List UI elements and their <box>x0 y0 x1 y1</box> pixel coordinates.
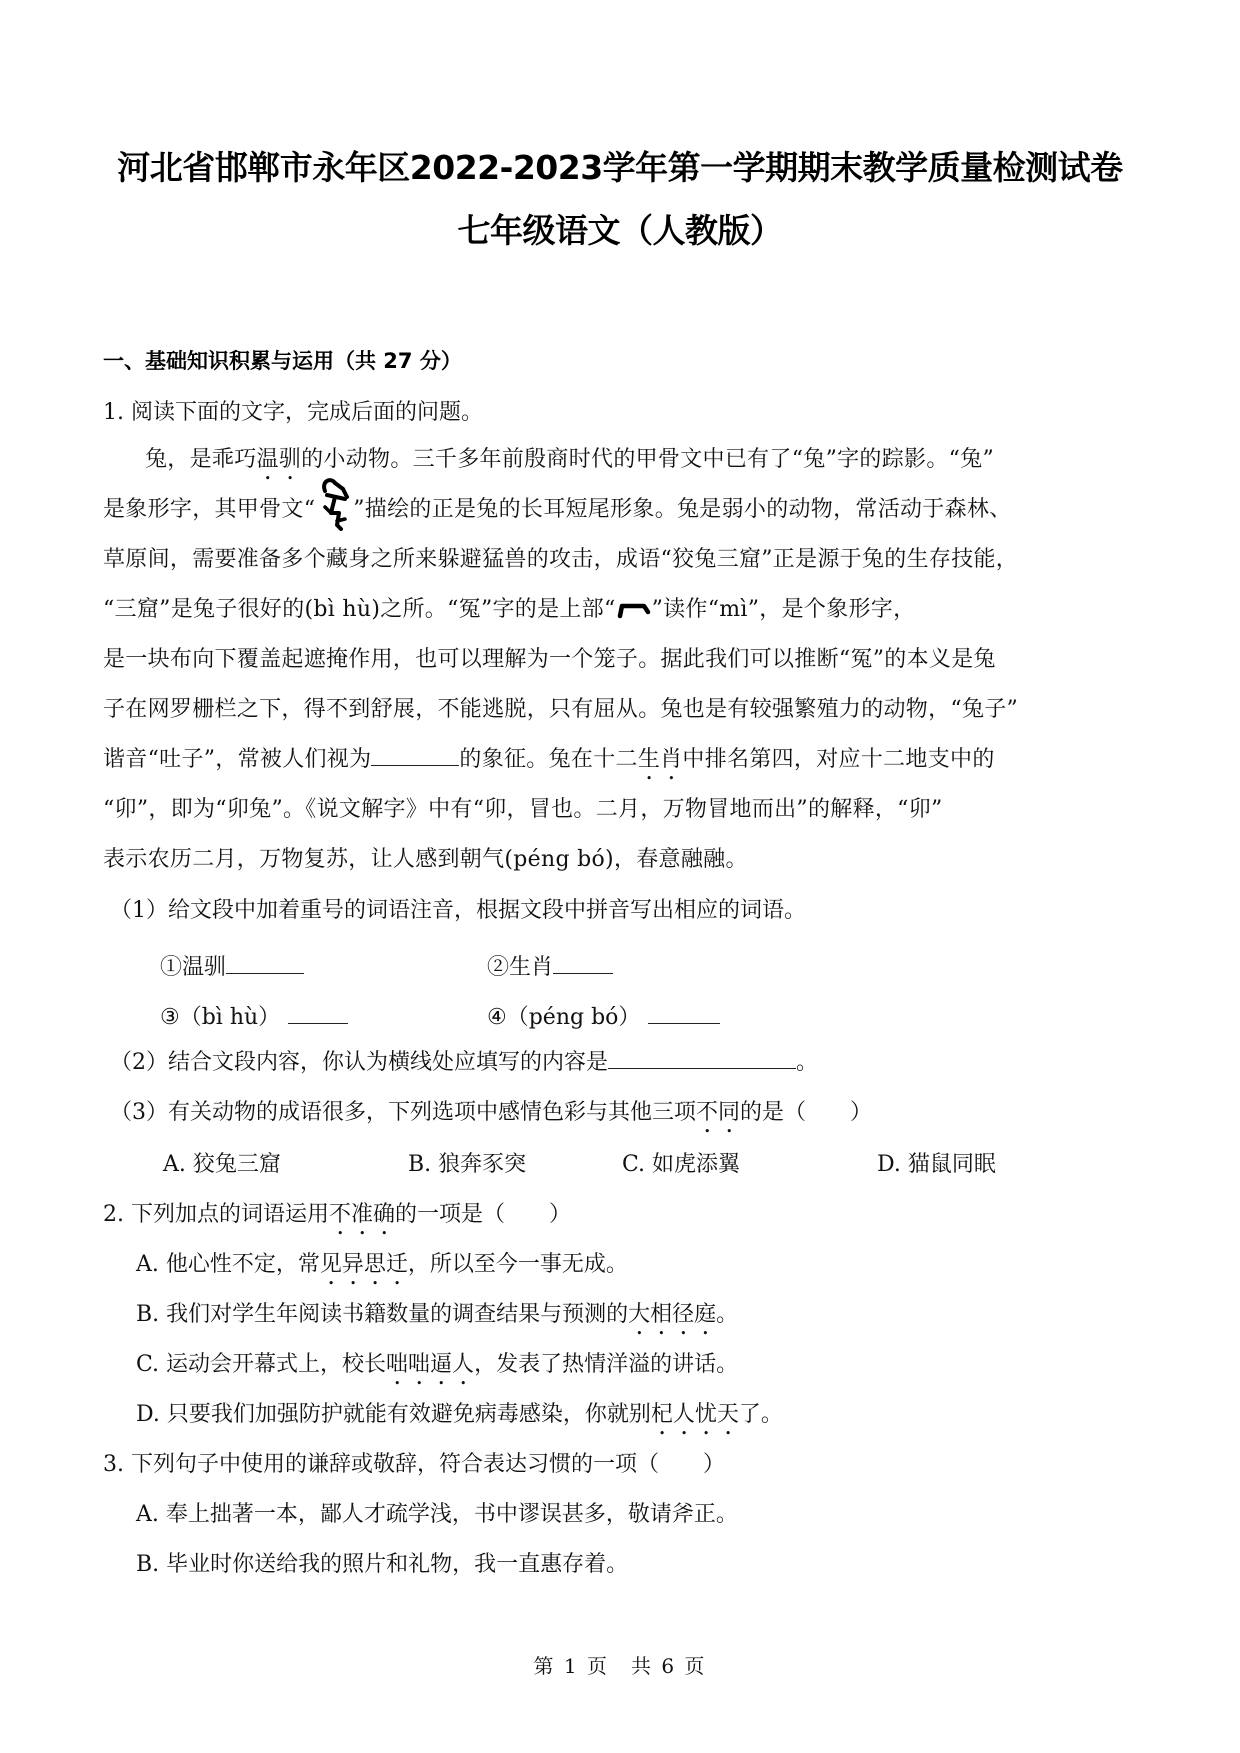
sub1-item-4: ④（péng bó） <box>487 1000 720 1031</box>
q3-option-b: B. 毕业时你送给我的照片和礼物，我一直惠存着。 <box>136 1547 628 1578</box>
emphasis-idiom-b: 大相径庭 <box>628 1302 716 1327</box>
question-2-stem: 2. 下列加点的词语运用不准确的一项是（ ） <box>103 1197 571 1240</box>
q2-option-a: A. 他心性不定，常见异思迁，所以至今一事无成。 <box>136 1247 628 1290</box>
section-heading: 一、基础知识积累与运用（共 27 分） <box>103 345 462 375</box>
answer-blank-sub2[interactable] <box>608 1046 796 1069</box>
sub-question-3-stem: （3）有关动物的成语很多，下列选项中感情色彩与其他三项不同的是（ ） <box>110 1095 872 1138</box>
passage-line-8: “卯”，即为“卯兔”。《说文解字》中有“卯，冒也。二月，万物冒地而出”的解释，“… <box>103 792 943 823</box>
answer-blank-4[interactable] <box>648 1001 720 1024</box>
page-number: 第 1 页 共 6 页 <box>0 1650 1240 1679</box>
sub1-item-3: ③（bì hù） <box>160 1000 348 1031</box>
emphasis-idiom-d: 杞人忧天 <box>651 1402 739 1427</box>
passage-line-5: 是一块布向下覆盖起遮掩作用，也可以理解为一个笼子。据此我们可以推断“冤”的本义是… <box>103 642 996 673</box>
exam-subtitle: 七年级语文（人教版） <box>0 205 1240 252</box>
sub3-option-b: B. 狼奔豕突 <box>408 1147 526 1178</box>
passage-line-6: 子在网罗栅栏之下，得不到舒展，不能逃脱，只有屈从。兔也是有较强繁殖力的动物，“兔… <box>103 692 1018 723</box>
sub3-option-a: A. 狡兔三窟 <box>163 1147 281 1178</box>
passage-line-4: “三窟”是兔子很好的(bì hù)之所。“冤”字的是上部“ ”读作“mì”，是个… <box>103 592 915 623</box>
sub3-option-c: C. 如虎添翼 <box>622 1147 740 1178</box>
mi-radical-icon <box>616 600 652 620</box>
passage-fill-blank[interactable] <box>371 743 459 766</box>
question-3-stem: 3. 下列句子中使用的谦辞或敬辞，符合表达习惯的一项（ ） <box>103 1447 725 1478</box>
sub3-option-d: D. 猫鼠同眠 <box>877 1147 996 1178</box>
q3-option-a: A. 奉上拙著一本，鄙人才疏学浅，书中谬误甚多，敬请斧正。 <box>136 1497 738 1528</box>
passage-line-2: 是象形字，其甲骨文“ ”描绘的正是兔的长耳短尾形象。兔是弱小的动物，常活动于森林… <box>103 492 1012 527</box>
oracle-bone-rabbit-icon <box>317 477 351 527</box>
q2-option-c: C. 运动会开幕式上，校长咄咄逼人，发表了热情洋溢的讲话。 <box>136 1347 738 1390</box>
answer-blank-3[interactable] <box>288 1001 348 1024</box>
emphasis-word-shengxiao: 生肖 <box>638 747 683 772</box>
passage-line-9: 表示农历二月，万物复苏，让人感到朝气(péng bó)，春意融融。 <box>103 842 748 873</box>
q2-option-d: D. 只要我们加强防护就能有效避免病毒感染，你就别杞人忧天了。 <box>136 1397 783 1440</box>
sub-question-2-stem: （2）结合文段内容，你认为横线处应填写的内容是。 <box>110 1045 818 1076</box>
passage-line-1: 兔，是乖巧温驯的小动物。三千多年前殷商时代的甲骨文中已有了“兔”字的踪影。“兔” <box>145 442 994 485</box>
answer-blank-2[interactable] <box>553 951 613 974</box>
emphasis-word-butong: 不同 <box>696 1100 740 1125</box>
sub1-item-1: ①温驯 <box>160 950 304 981</box>
emphasis-idiom-c: 咄咄逼人 <box>386 1352 474 1377</box>
exam-title: 河北省邯郸市永年区2022-2023学年第一学期期末教学质量检测试卷 <box>0 142 1240 189</box>
q2-option-b: B. 我们对学生年阅读书籍数量的调查结果与预测的大相径庭。 <box>136 1297 738 1340</box>
passage-line-7: 谐音“吐子”，常被人们视为的象征。兔在十二生肖中排名第四，对应十二地支中的 <box>103 742 995 785</box>
answer-blank-1[interactable] <box>226 951 304 974</box>
sub-question-1-stem: （1）给文段中加着重号的词语注音，根据文段中拼音写出相应的词语。 <box>110 893 806 924</box>
emphasis-word-buzhunque: 不准确 <box>329 1202 395 1227</box>
emphasis-idiom-a: 见异思迁 <box>320 1252 408 1277</box>
question-1-stem: 1. 阅读下面的文字，完成后面的问题。 <box>103 395 483 426</box>
passage-line-3: 草原间，需要准备多个藏身之所来躲避猛兽的攻击，成语“狡兔三窟”正是源于兔的生存技… <box>103 542 1018 573</box>
sub1-item-2: ②生肖 <box>487 950 613 981</box>
emphasis-word-wenxun: 温驯 <box>257 447 302 472</box>
